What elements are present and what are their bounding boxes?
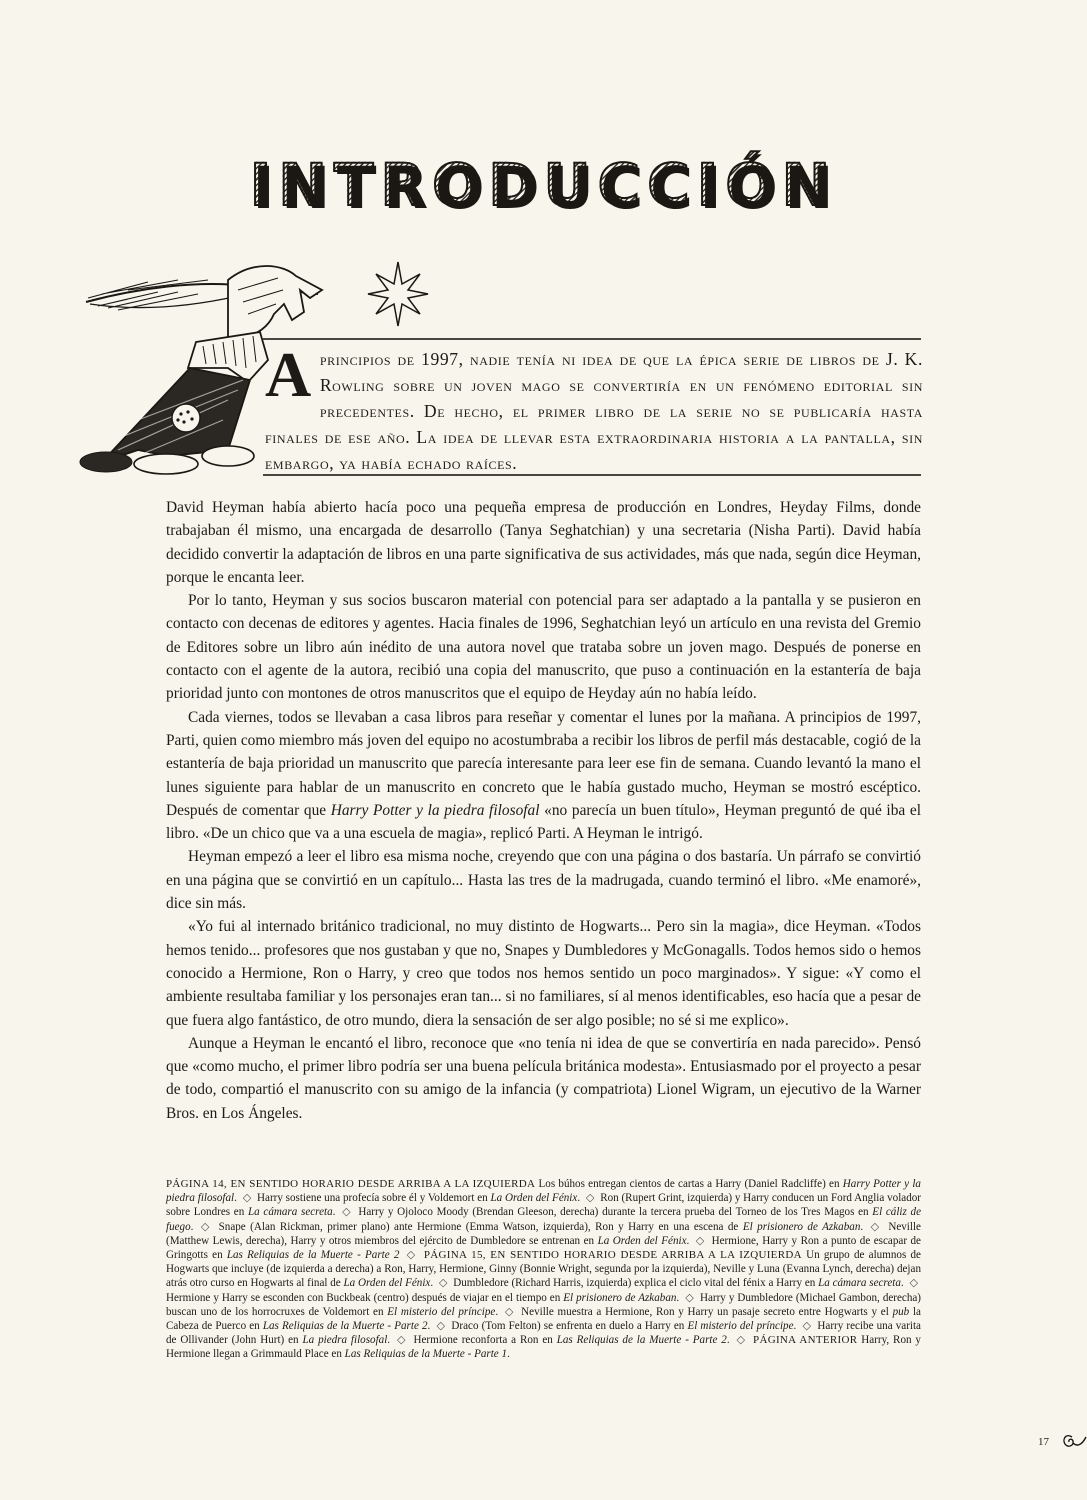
diamond-separator-icon: ◇ [734, 1334, 750, 1346]
body-paragraph: «Yo fui al internado británico tradicion… [166, 915, 921, 1031]
page-title: INTRODUCCIÓN [0, 151, 1087, 219]
caption-label: PÁGINA 15, EN SENTIDO HORARIO DESDE ARRI… [424, 1249, 802, 1261]
diamond-separator-icon: ◇ [682, 1292, 697, 1304]
flourish-icon [1060, 1429, 1087, 1451]
lead-bottom-rule [263, 474, 921, 476]
diamond-separator-icon: ◇ [502, 1306, 518, 1318]
body-paragraph: Cada viernes, todos se llevaban a casa l… [166, 706, 921, 846]
lead-text: principios de 1997, nadie tenía ni idea … [265, 349, 923, 473]
diamond-separator-icon: ◇ [693, 1235, 708, 1247]
diamond-separator-icon: ◇ [868, 1221, 884, 1233]
page-number: 17 [1038, 1436, 1049, 1448]
diamond-separator-icon: ◇ [394, 1334, 410, 1346]
lead-paragraph: A principios de 1997, nadie tenía ni ide… [265, 346, 923, 476]
photo-captions: PÁGINA 14, EN SENTIDO HORARIO DESDE ARRI… [166, 1177, 921, 1362]
diamond-separator-icon: ◇ [583, 1192, 598, 1204]
body-paragraph: David Heyman había abierto hacía poco un… [166, 496, 921, 589]
diamond-separator-icon: ◇ [198, 1221, 214, 1233]
body-paragraph: Heyman empezó a leer el libro esa misma … [166, 845, 921, 915]
diamond-separator-icon: ◇ [433, 1320, 448, 1332]
diamond-separator-icon: ◇ [906, 1277, 921, 1289]
drop-cap: A [265, 350, 312, 400]
body-paragraph: Por lo tanto, Heyman y sus socios buscar… [166, 589, 921, 705]
diamond-separator-icon: ◇ [799, 1320, 814, 1332]
diamond-separator-icon: ◇ [339, 1206, 354, 1218]
lead-top-rule [263, 338, 921, 340]
diamond-separator-icon: ◇ [436, 1277, 451, 1289]
caption-label: PÁGINA 14, EN SENTIDO HORARIO DESDE ARRI… [166, 1178, 535, 1190]
diamond-separator-icon: ◇ [240, 1192, 255, 1204]
book-title: Harry Potter y la piedra filosofal [331, 802, 540, 819]
body-paragraph: Aunque a Heyman le encantó el libro, rec… [166, 1032, 921, 1125]
body-text: David Heyman había abierto hacía poco un… [166, 496, 921, 1125]
diamond-separator-icon: ◇ [404, 1249, 420, 1261]
caption-label: PÁGINA ANTERIOR [753, 1334, 857, 1346]
